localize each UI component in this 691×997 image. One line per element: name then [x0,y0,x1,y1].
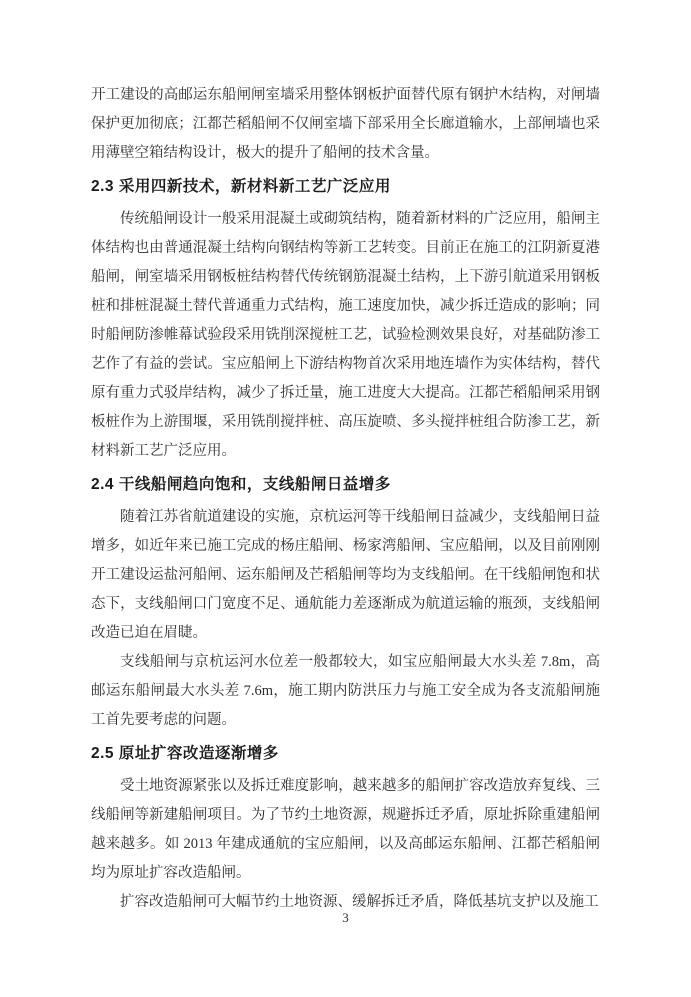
section-2-5-paragraph-1: 受土地资源紧张以及拆迁难度影响，越来越多的船闸扩容改造放弃复线、三线船闸等新建船… [91,772,600,888]
document-page: 开工建设的高邮运东船闸闸室墙采用整体钢板护面替代原有钢护木结构，对闸墙保护更加彻… [0,0,691,997]
section-2-3-heading: 2.3 采用四新技术，新材料新工艺广泛应用 [91,172,600,201]
section-2-4-paragraph-1: 随着江苏省航道建设的实施，京杭运河等干线船闸日益减少，支线船闸日益增多，如近年来… [91,503,600,648]
section-2-4-paragraph-2: 支线船闸与京杭运河水位差一般都较大，如宝应船闸最大水头差 7.8m，高邮运东船闸… [91,648,600,735]
section-2-5-heading: 2.5 原址扩容改造逐渐增多 [91,739,600,768]
section-2-3-paragraph: 传统船闸设计一般采用混凝土或砌筑结构，随着新材料的广泛应用，船闸主体结构也由普通… [91,205,600,466]
paragraph-intro-continuation: 开工建设的高邮运东船闸闸室墙采用整体钢板护面替代原有钢护木结构，对闸墙保护更加彻… [91,81,600,168]
section-2-4-heading: 2.4 干线船闸趋向饱和，支线船闸日益增多 [91,470,600,499]
page-number: 3 [0,908,691,928]
